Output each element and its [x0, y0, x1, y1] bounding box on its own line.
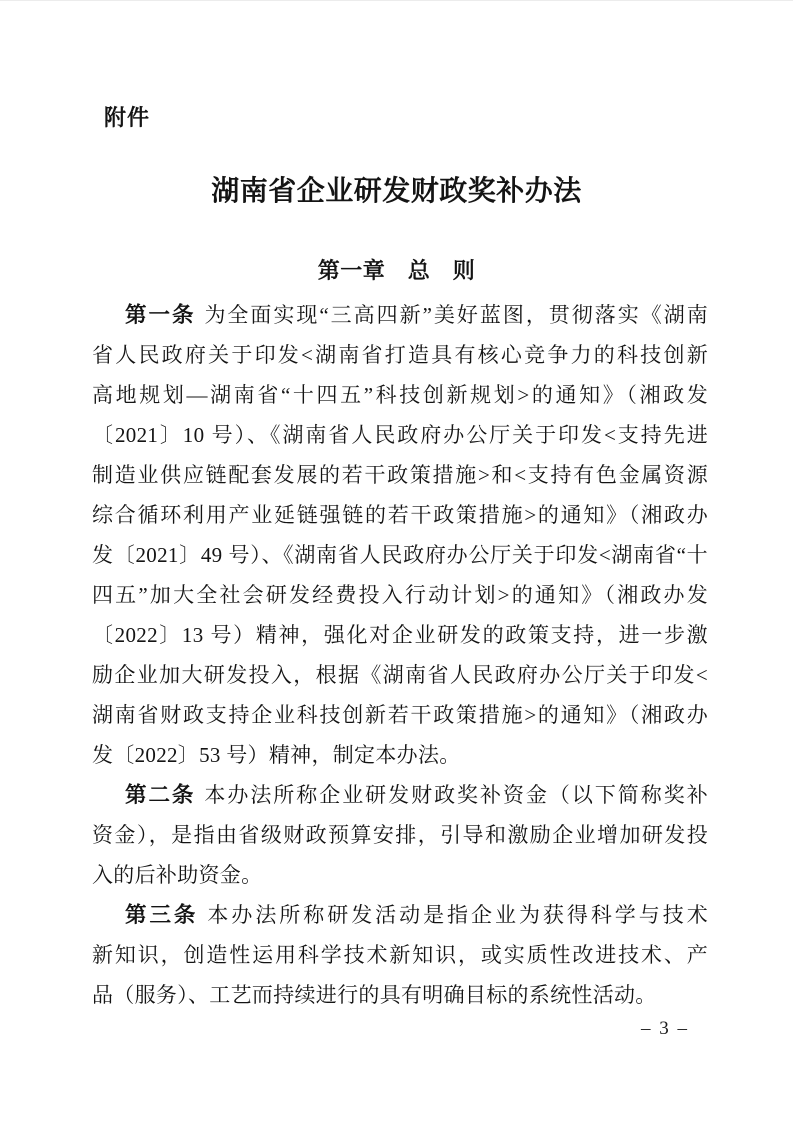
chapter-heading: 第一章 总 则	[0, 256, 793, 286]
paragraph-line: 制造业供应链配套发展的若干政策措施>和<支持有色金属资源	[92, 455, 708, 495]
document-body: 第一条为全面实现“三高四新”美好蓝图，贯彻落实《湖南 省人民政府关于印发<湖南省…	[92, 295, 708, 1015]
page-number: – 3 –	[641, 1016, 689, 1042]
paragraph-line: 省人民政府关于印发<湖南省打造具有核心竞争力的科技创新	[92, 335, 708, 375]
paragraph-line: 新知识，创造性运用科学技术新知识，或实质性改进技术、产	[92, 935, 708, 975]
paragraph-line: 品（服务）、工艺而持续进行的具有明确目标的系统性活动。	[92, 975, 708, 1015]
line-text: 本办法所称企业研发财政奖补资金（以下简称奖补	[204, 783, 708, 807]
paragraph-line: 发〔2022〕53 号）精神，制定本办法。	[92, 735, 708, 775]
line-text: 为全面实现“三高四新”美好蓝图，贯彻落实《湖南	[204, 303, 708, 327]
article-label: 第一条	[125, 303, 195, 327]
paragraph-line: 湖南省财政支持企业科技创新若干政策措施>的通知》（湘政办	[92, 695, 708, 735]
paragraph-line: 第一条为全面实现“三高四新”美好蓝图，贯彻落实《湖南	[92, 295, 708, 335]
paragraph-line: 高地规划—湖南省“十四五”科技创新规划>的通知》（湘政发	[92, 375, 708, 415]
article-label: 第二条	[125, 783, 195, 807]
paragraph-line: 〔2022〕13 号）精神，强化对企业研发的政策支持，进一步激	[92, 615, 708, 655]
paragraph-line: 发〔2021〕49 号）、《湖南省人民政府办公厅关于印发<湖南省“十	[92, 535, 708, 575]
paragraph-line: 综合循环利用产业延链强链的若干政策措施>的通知》（湘政办	[92, 495, 708, 535]
paragraph-line: 〔2021〕10 号）、《湖南省人民政府办公厅关于印发<支持先进	[92, 415, 708, 455]
line-text: 本办法所称研发活动是指企业为获得科学与技术	[207, 903, 708, 927]
paragraph-line: 资金），是指由省级财政预算安排，引导和激励企业增加研发投	[92, 815, 708, 855]
paragraph-line: 四五”加大全社会研发经费投入行动计划>的通知》（湘政办发	[92, 575, 708, 615]
article-label: 第三条	[125, 903, 198, 927]
paragraph-line: 励企业加大研发投入，根据《湖南省人民政府办公厅关于印发<	[92, 655, 708, 695]
document-page: 附件 湖南省企业研发财政奖补办法 第一章 总 则 第一条为全面实现“三高四新”美…	[0, 0, 793, 1122]
paragraph-line: 入的后补助资金。	[92, 855, 708, 895]
paragraph-line: 第三条本办法所称研发活动是指企业为获得科学与技术	[92, 895, 708, 935]
document-title: 湖南省企业研发财政奖补办法	[0, 172, 793, 212]
attachment-label: 附件	[104, 104, 150, 132]
paragraph-line: 第二条本办法所称企业研发财政奖补资金（以下简称奖补	[92, 775, 708, 815]
